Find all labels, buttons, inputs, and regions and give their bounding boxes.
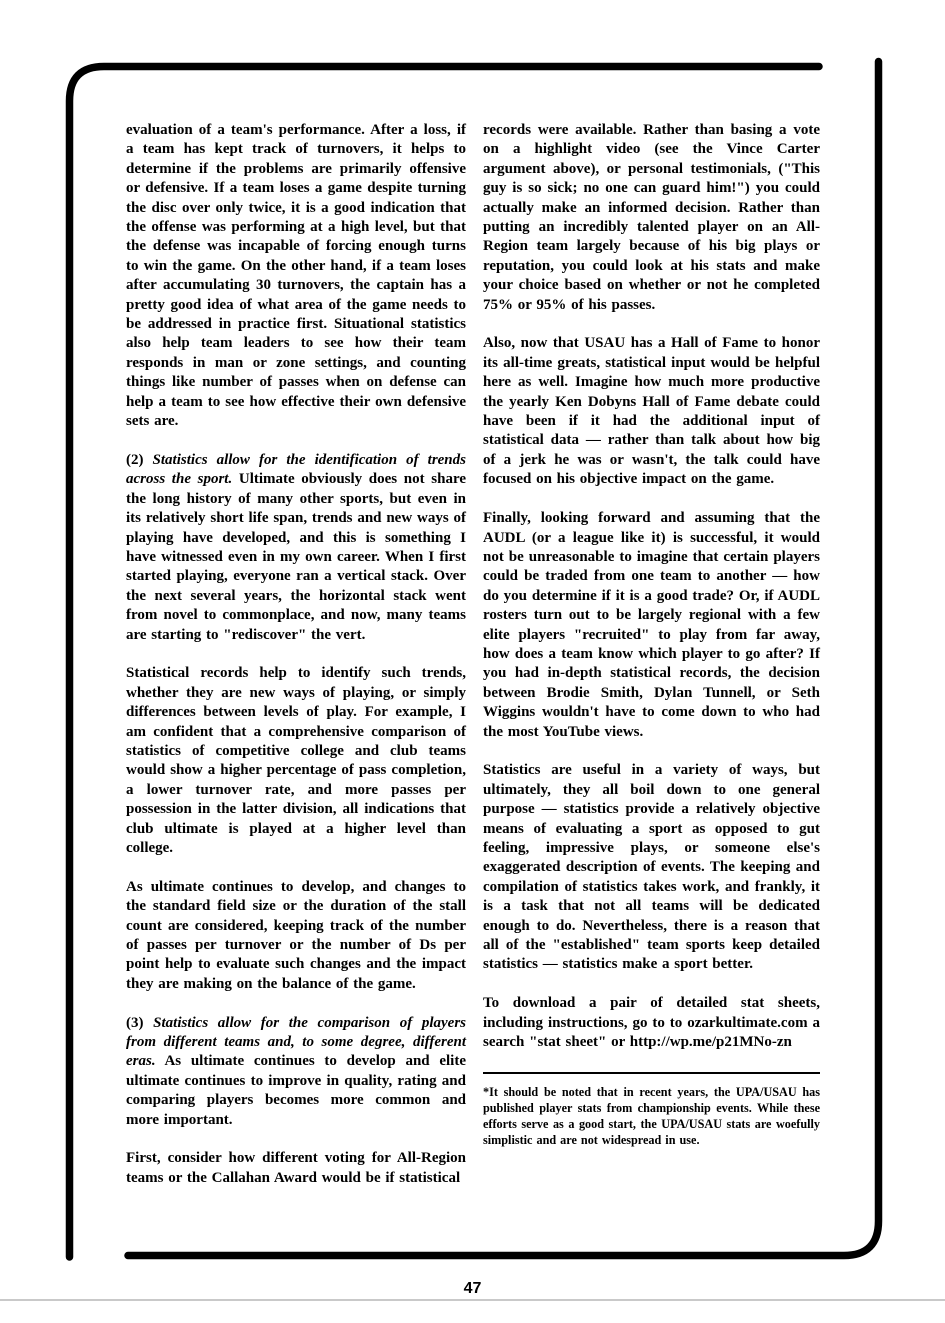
paragraph: Statistical records help to identify suc… [126,664,466,858]
text-run: Statistical records help to identify suc… [126,665,466,856]
text-run: To download a pair of detailed stat shee… [483,995,820,1050]
text-run: (2) [126,452,153,468]
page-number: 47 [0,1280,945,1298]
right-paragraphs: records were available. Rather than basi… [483,121,820,1052]
paragraph: records were available. Rather than basi… [483,121,820,315]
magazine-page: evaluation of a team's performance. Afte… [0,0,945,1323]
paragraph: Statistics are useful in a variety of wa… [483,761,820,974]
left-paragraphs: evaluation of a team's performance. Afte… [126,121,466,1188]
text-run: evaluation of a team's performance. Afte… [126,122,466,429]
footnote-separator [483,1072,820,1074]
footnote-text: *It should be noted that in recent years… [483,1084,820,1148]
paragraph: First, consider how different voting for… [126,1149,466,1188]
text-run: Finally, looking forward and assuming th… [483,510,820,739]
text-run: First, consider how different voting for… [126,1150,466,1185]
text-run: (3) [126,1015,153,1031]
text-run: Ultimate obviously does not share the lo… [126,471,466,642]
right-column: records were available. Rather than basi… [483,121,820,1148]
paragraph: (3) Statistics allow for the comparison … [126,1014,466,1130]
paragraph: evaluation of a team's performance. Afte… [126,121,466,432]
text-run: Also, now that USAU has a Hall of Fame t… [483,335,820,487]
left-column: evaluation of a team's performance. Afte… [126,121,466,1208]
paragraph: Also, now that USAU has a Hall of Fame t… [483,334,820,489]
text-run: As ultimate continues to develop, and ch… [126,879,466,992]
text-run: records were available. Rather than basi… [483,122,820,313]
paragraph: To download a pair of detailed stat shee… [483,994,820,1052]
paragraph: Finally, looking forward and assuming th… [483,509,820,742]
paragraph: (2) Statistics allow for the identificat… [126,451,466,645]
page-bottom-edge-line [0,1299,945,1301]
text-run: As ultimate continues to develop and eli… [126,1053,466,1127]
paragraph: As ultimate continues to develop, and ch… [126,878,466,994]
text-run: Statistics are useful in a variety of wa… [483,762,820,972]
